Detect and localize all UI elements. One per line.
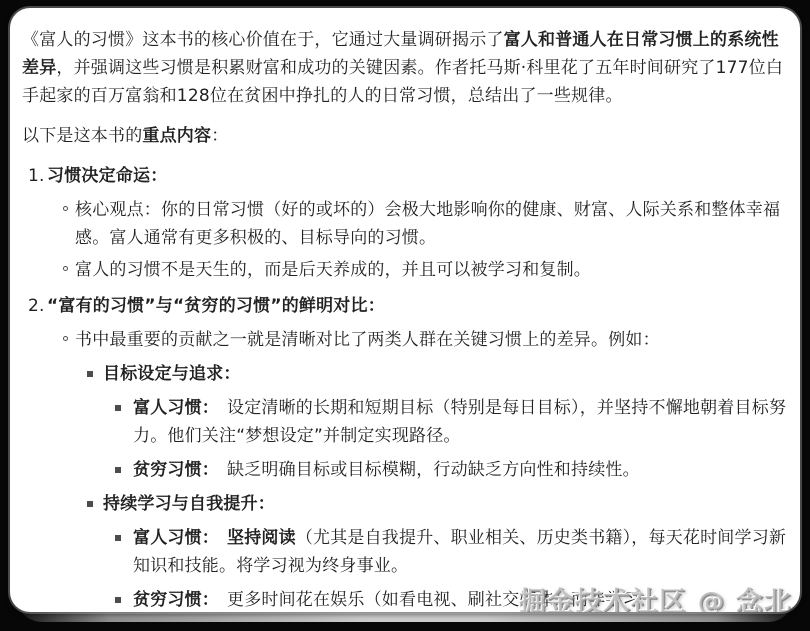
- list-item-rich-habit: 富人习惯：设定清晰的长期和短期目标（特别是每日目标），并坚持不懈地朝着目标努力。…: [22, 394, 788, 450]
- bullet-square-icon: [115, 535, 121, 541]
- bullet-square-icon: [115, 597, 121, 603]
- bullet-square-icon: [115, 467, 121, 473]
- rich-habit-label: 富人习惯：: [133, 398, 219, 418]
- text-run: 更多时间花在娱乐（如看电视、刷社交媒体）而非学习: [227, 590, 640, 610]
- list-item: 书中最重要的贡献之一就是清晰对比了两类人群在关键习惯上的差异。例如：: [22, 326, 788, 354]
- bold-run: 坚持阅读: [227, 528, 296, 548]
- list-item-learning-heading: 持续学习与自我提升：: [22, 490, 788, 518]
- item-title: 习惯决定命运：: [47, 166, 167, 186]
- item-title: “富有的习惯”与“贫穷的习惯”的鲜明对比：: [47, 296, 385, 316]
- poor-habit-label: 贫穷习惯：: [133, 590, 219, 610]
- bullet-square-icon: [115, 405, 121, 411]
- list-number: 1.: [28, 162, 45, 190]
- answer-card: 《富人的习惯》这本书的核心价值在于，它通过大量调研揭示了富人和普通人在日常习惯上…: [10, 8, 800, 612]
- document-content: 《富人的习惯》这本书的核心价值在于，它通过大量调研揭示了富人和普通人在日常习惯上…: [10, 8, 800, 612]
- bullet-square-icon: [87, 501, 93, 507]
- text-run: 以下是这本书的: [22, 126, 142, 146]
- list-item: 核心观点：你的日常习惯（好的或坏的）会极大地影响你的健康、财富、人际关系和整体幸…: [22, 196, 788, 252]
- text-run: 缺乏明确目标或目标模糊，行动缺乏方向性和持续性。: [227, 460, 640, 480]
- text-run: 核心观点：你的日常习惯（好的或坏的）会极大地影响你的健康、财富、人际关系和整体幸…: [75, 200, 780, 248]
- list-item-goal-heading: 目标设定与追求：: [22, 360, 788, 388]
- list-item-poor-habit: 贫穷习惯：更多时间花在娱乐（如看电视、刷社交媒体）而非学习: [22, 586, 788, 612]
- list-item-poor-habit: 贫穷习惯：缺乏明确目标或目标模糊，行动缺乏方向性和持续性。: [22, 456, 788, 484]
- list-item-rich-habit: 富人习惯：坚持阅读（尤其是自我提升、职业相关、历史类书籍），每天花时间学习新知识…: [22, 524, 788, 580]
- lead-in-paragraph: 以下是这本书的重点内容：: [22, 122, 788, 150]
- text-run: ，并强调这些习惯是积累财富和成功的关键因素。作者托马斯·科里花了五年时间研究了1…: [22, 58, 783, 106]
- ordered-item-1: 1.习惯决定命运：: [22, 162, 788, 190]
- sub-heading: 目标设定与追求：: [103, 364, 241, 384]
- bullet-square-icon: [87, 371, 93, 377]
- poor-habit-label: 贫穷习惯：: [133, 460, 219, 480]
- bullet-circle-icon: [63, 336, 68, 341]
- text-run: ：: [211, 126, 228, 146]
- sub-heading: 持续学习与自我提升：: [103, 494, 275, 514]
- list-number: 2.: [28, 292, 45, 320]
- list-item: 富人的习惯不是天生的，而是后天养成的，并且可以被学习和复制。: [22, 256, 788, 284]
- bold-run: 重点内容: [142, 126, 211, 146]
- text-run: 设定清晰的长期和短期目标（特别是每日目标），并坚持不懈地朝着目标努力。他们关注“…: [133, 398, 786, 446]
- bullet-circle-icon: [63, 206, 68, 211]
- ordered-item-2: 2.“富有的习惯”与“贫穷的习惯”的鲜明对比：: [22, 292, 788, 320]
- bullet-circle-icon: [63, 266, 68, 271]
- rich-habit-label: 富人习惯：: [133, 528, 219, 548]
- text-run: 富人的习惯不是天生的，而是后天养成的，并且可以被学习和复制。: [75, 260, 591, 280]
- text-run: 《富人的习惯》这本书的核心价值在于，它通过大量调研揭示了: [22, 30, 504, 50]
- intro-paragraph: 《富人的习惯》这本书的核心价值在于，它通过大量调研揭示了富人和普通人在日常习惯上…: [22, 26, 788, 110]
- text-run: 书中最重要的贡献之一就是清晰对比了两类人群在关键习惯上的差异。例如：: [75, 330, 660, 350]
